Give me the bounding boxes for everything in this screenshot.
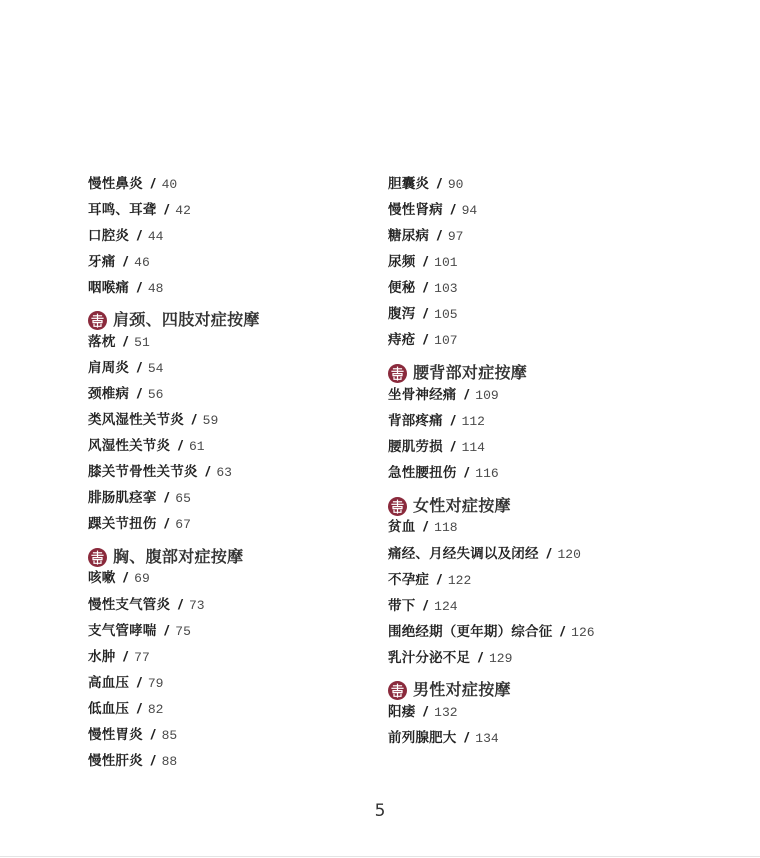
toc-entry[interactable]: 痔疮/107 (388, 329, 458, 351)
toc-separator: / (165, 623, 169, 638)
toc-entry-page: 48 (148, 281, 164, 296)
toc-entry[interactable]: 乳汁分泌不足/129 (388, 647, 512, 669)
toc-entry[interactable]: 腓肠肌痉挛/65 (88, 487, 191, 509)
toc-entry[interactable]: 慢性支气管炎/73 (88, 594, 205, 616)
toc-entry-page: 112 (462, 414, 485, 429)
toc-entry-title: 慢性肝炎 (88, 753, 143, 769)
toc-entry-page: 44 (148, 229, 164, 244)
toc-entry[interactable]: 颈椎病/56 (88, 383, 163, 405)
toc-entry-page: 107 (434, 333, 457, 348)
toc-entry-page: 63 (216, 465, 232, 480)
toc-entry-page: 101 (434, 255, 457, 270)
toc-entry[interactable]: 不孕症/122 (388, 569, 471, 591)
toc-entry[interactable]: 带下/124 (388, 595, 458, 617)
toc-entry[interactable]: 落枕/51 (88, 331, 150, 353)
toc-entry-page: 75 (175, 624, 191, 639)
toc-section-title: 胸、腹部对症按摩 (113, 545, 243, 569)
toc-entry[interactable]: 牙痛/46 (88, 251, 150, 273)
toc-entry-title: 慢性鼻炎 (88, 176, 143, 192)
toc-entry-title: 贫血 (388, 519, 415, 535)
toc-entry-page: 124 (434, 599, 457, 614)
toc-section-title: 腰背部对症按摩 (413, 361, 527, 385)
toc-entry-page: 103 (434, 281, 457, 296)
toc-section-title: 女性对症按摩 (413, 494, 511, 518)
toc-entry-title: 痔疮 (388, 332, 415, 348)
toc-entry-page: 77 (134, 650, 150, 665)
toc-entry[interactable]: 水肿/77 (88, 646, 150, 668)
toc-separator: / (137, 228, 141, 243)
toc-separator: / (137, 701, 141, 716)
toc-section-heading: 肩颈、四肢对症按摩 (88, 308, 260, 332)
toc-separator: / (437, 572, 441, 587)
toc-entry-title: 腰肌劳损 (388, 439, 443, 455)
toc-entry[interactable]: 风湿性关节炎/61 (88, 435, 205, 457)
toc-separator: / (137, 386, 141, 401)
toc-entry-title: 颈椎病 (88, 386, 129, 402)
toc-entry-title: 耳鸣、耳聋 (88, 202, 157, 218)
toc-entry-title: 急性腰扭伤 (388, 465, 457, 481)
toc-separator: / (151, 753, 155, 768)
toc-separator: / (451, 413, 455, 428)
toc-separator: / (465, 730, 469, 745)
toc-entry-title: 慢性胃炎 (88, 727, 143, 743)
toc-entry-title: 乳汁分泌不足 (388, 650, 470, 666)
toc-entry-page: 118 (434, 520, 457, 535)
toc-entry[interactable]: 贫血/118 (388, 516, 458, 538)
toc-entry-page: 54 (148, 361, 164, 376)
toc-entry-page: 105 (434, 307, 457, 322)
toc-entry-title: 支气管哮喘 (88, 623, 157, 639)
toc-section-title: 男性对症按摩 (413, 678, 511, 702)
toc-entry-page: 94 (462, 203, 478, 218)
toc-separator: / (437, 228, 441, 243)
toc-entry[interactable]: 急性腰扭伤/116 (388, 462, 499, 484)
toc-entry-title: 慢性肾病 (388, 202, 443, 218)
toc-section-heading: 胸、腹部对症按摩 (88, 545, 243, 569)
toc-separator: / (206, 464, 210, 479)
toc-entry-title: 牙痛 (88, 254, 115, 270)
toc-entry-page: 116 (475, 466, 498, 481)
toc-separator: / (423, 519, 427, 534)
toc-entry[interactable]: 类风湿性关节炎/59 (88, 409, 218, 431)
toc-entry[interactable]: 慢性肝炎/88 (88, 750, 177, 772)
toc-entry-page: 56 (148, 387, 164, 402)
toc-separator: / (423, 332, 427, 347)
toc-entry-title: 膝关节骨性关节炎 (88, 464, 198, 480)
shou-emblem-icon (88, 311, 107, 330)
toc-entry-page: 65 (175, 491, 191, 506)
toc-entry[interactable]: 口腔炎/44 (88, 225, 163, 247)
toc-entry[interactable]: 慢性胃炎/85 (88, 724, 177, 746)
toc-entry[interactable]: 胆囊炎/90 (388, 173, 463, 195)
toc-entry-title: 风湿性关节炎 (88, 438, 170, 454)
toc-separator: / (547, 546, 551, 561)
toc-separator: / (451, 202, 455, 217)
toc-entry-title: 口腔炎 (88, 228, 129, 244)
toc-entry-title: 慢性支气管炎 (88, 597, 170, 613)
toc-separator: / (165, 516, 169, 531)
toc-entry-title: 咳嗽 (88, 570, 115, 586)
toc-entry-page: 134 (475, 731, 498, 746)
toc-entry-page: 122 (448, 573, 471, 588)
toc-entry[interactable]: 腰肌劳损/114 (388, 436, 485, 458)
toc-entry[interactable]: 前列腺肥大/134 (388, 727, 499, 749)
toc-entry-page: 79 (148, 676, 164, 691)
toc-entry-page: 59 (203, 413, 219, 428)
toc-entry[interactable]: 坐骨神经痛/109 (388, 384, 499, 406)
toc-separator: / (165, 490, 169, 505)
toc-entry-title: 便秘 (388, 280, 415, 296)
toc-entry-title: 踝关节扭伤 (88, 516, 157, 532)
toc-separator: / (423, 254, 427, 269)
toc-entry-page: 132 (434, 705, 457, 720)
toc-entry-title: 阳痿 (388, 704, 415, 720)
toc-separator: / (165, 202, 169, 217)
toc-entry-title: 不孕症 (388, 572, 429, 588)
toc-entry-page: 73 (189, 598, 205, 613)
toc-entry-title: 咽喉痛 (88, 280, 129, 296)
toc-entry-title: 痛经、月经失调以及闭经 (388, 546, 539, 562)
shou-emblem-icon (88, 548, 107, 567)
page-number: 5 (0, 801, 760, 821)
toc-entry-page: 114 (462, 440, 485, 455)
toc-entry-page: 120 (557, 547, 580, 562)
toc-entry[interactable]: 膝关节骨性关节炎/63 (88, 461, 232, 483)
toc-entry[interactable]: 便秘/103 (388, 277, 458, 299)
toc-separator: / (178, 597, 182, 612)
toc-entry[interactable]: 腹泻/105 (388, 303, 458, 325)
toc-section-heading: 腰背部对症按摩 (388, 361, 527, 385)
toc-entry[interactable]: 耳鸣、耳聋/42 (88, 199, 191, 221)
toc-separator: / (423, 704, 427, 719)
shou-emblem-icon (388, 364, 407, 383)
toc-separator: / (178, 438, 182, 453)
toc-entry[interactable]: 慢性肾病/94 (388, 199, 477, 221)
toc-entry-page: 46 (134, 255, 150, 270)
toc-separator: / (137, 360, 141, 375)
toc-entry-page: 90 (448, 177, 464, 192)
toc-separator: / (151, 176, 155, 191)
toc-entry[interactable]: 咳嗽/69 (88, 567, 150, 589)
toc-separator: / (151, 727, 155, 742)
toc-entry[interactable]: 低血压/82 (88, 698, 163, 720)
toc-separator: / (123, 649, 127, 664)
toc-entry[interactable]: 咽喉痛/48 (88, 277, 163, 299)
toc-entry-page: 97 (448, 229, 464, 244)
toc-section-heading: 女性对症按摩 (388, 494, 511, 518)
toc-separator: / (465, 387, 469, 402)
toc-entry[interactable]: 围绝经期（更年期）综合征/126 (388, 621, 595, 643)
toc-entry-page: 82 (148, 702, 164, 717)
toc-entry-title: 腓肠肌痉挛 (88, 490, 157, 506)
toc-entry-title: 腹泻 (388, 306, 415, 322)
toc-entry[interactable]: 踝关节扭伤/67 (88, 513, 191, 535)
toc-separator: / (423, 598, 427, 613)
toc-entry-title: 围绝经期（更年期）综合征 (388, 624, 552, 640)
toc-entry-page: 42 (175, 203, 191, 218)
toc-entry-title: 水肿 (88, 649, 115, 665)
toc-entry-page: 40 (162, 177, 178, 192)
toc-entry-page: 85 (162, 728, 178, 743)
toc-entry-page: 88 (162, 754, 178, 769)
toc-entry-page: 69 (134, 571, 150, 586)
toc-entry-page: 126 (571, 625, 594, 640)
toc-separator: / (437, 176, 441, 191)
toc-separator: / (423, 306, 427, 321)
toc-entry[interactable]: 痛经、月经失调以及闭经/120 (388, 543, 581, 565)
toc-separator: / (123, 254, 127, 269)
toc-entry[interactable]: 支气管哮喘/75 (88, 620, 191, 642)
toc-entry-title: 糖尿病 (388, 228, 429, 244)
toc-entry[interactable]: 高血压/79 (88, 672, 163, 694)
toc-separator: / (137, 280, 141, 295)
toc-separator: / (123, 570, 127, 585)
toc-entry[interactable]: 阳痿/132 (388, 701, 458, 723)
toc-entry-title: 类风湿性关节炎 (88, 412, 184, 428)
toc-entry[interactable]: 背部疼痛/112 (388, 410, 485, 432)
toc-entry-title: 肩周炎 (88, 360, 129, 376)
toc-separator: / (137, 675, 141, 690)
toc-separator: / (423, 280, 427, 295)
toc-entry[interactable]: 尿频/101 (388, 251, 458, 273)
toc-separator: / (560, 624, 564, 639)
toc-entry-title: 高血压 (88, 675, 129, 691)
toc-entry[interactable]: 慢性鼻炎/40 (88, 173, 177, 195)
toc-entry-title: 落枕 (88, 334, 115, 350)
toc-separator: / (123, 334, 127, 349)
toc-separator: / (478, 650, 482, 665)
toc-section-title: 肩颈、四肢对症按摩 (113, 308, 260, 332)
toc-entry-title: 低血压 (88, 701, 129, 717)
toc-entry-title: 胆囊炎 (388, 176, 429, 192)
toc-entry-title: 背部疼痛 (388, 413, 443, 429)
shou-emblem-icon (388, 497, 407, 516)
toc-entry-page: 61 (189, 439, 205, 454)
toc-entry-title: 坐骨神经痛 (388, 387, 457, 403)
toc-entry-title: 带下 (388, 598, 415, 614)
toc-entry-page: 67 (175, 517, 191, 532)
toc-section-heading: 男性对症按摩 (388, 678, 511, 702)
toc-separator: / (451, 439, 455, 454)
bottom-divider (0, 856, 760, 857)
shou-emblem-icon (388, 681, 407, 700)
toc-separator: / (465, 465, 469, 480)
toc-page: 慢性鼻炎/40 耳鸣、耳聋/42 口腔炎/44 牙痛/46 咽喉痛/48 肩颈、… (0, 0, 760, 858)
toc-entry-page: 51 (134, 335, 150, 350)
toc-entry-title: 尿频 (388, 254, 415, 270)
toc-entry-page: 129 (489, 651, 512, 666)
toc-entry[interactable]: 糖尿病/97 (388, 225, 463, 247)
toc-entry-title: 前列腺肥大 (388, 730, 457, 746)
toc-entry[interactable]: 肩周炎/54 (88, 357, 163, 379)
toc-entry-page: 109 (475, 388, 498, 403)
toc-separator: / (192, 412, 196, 427)
